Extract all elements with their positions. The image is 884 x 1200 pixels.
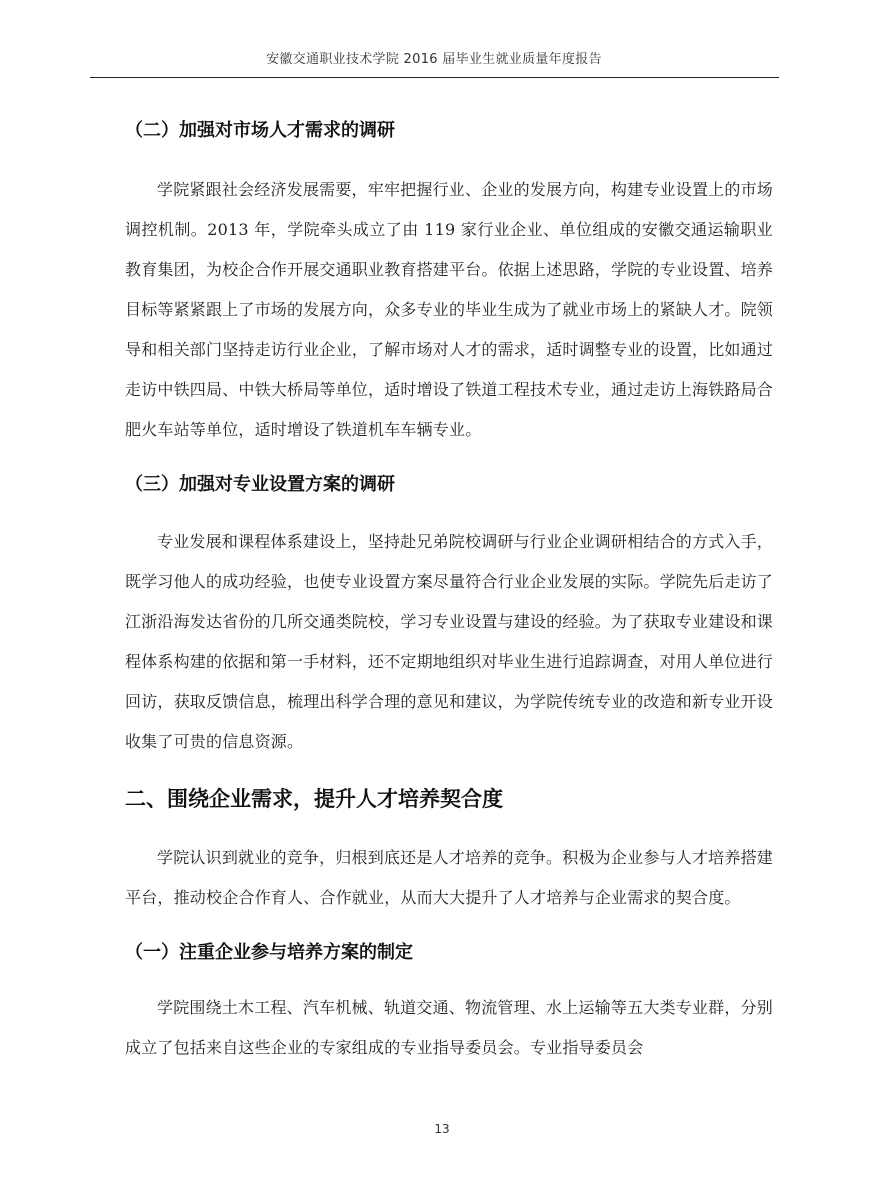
paragraph-program-research: 专业发展和课程体系建设上，坚持赴兄弟院校调研与行业企业调研相结合的方式入手，既学… [125,522,773,762]
page-body: （二）加强对市场人才需求的调研 学院紧跟社会经济发展需要，牢牢把握行业、企业的发… [125,112,773,1068]
subsection-heading-market-research: （二）加强对市场人才需求的调研 [125,118,773,144]
page-number: 13 [0,1122,884,1136]
running-header: 安徽交通职业技术学院 2016 届毕业生就业质量年度报告 [90,48,778,67]
subsection-heading-program-research: （三）加强对专业设置方案的调研 [125,472,773,498]
section-heading-enterprise-needs: 二、围绕企业需求，提升人才培养契合度 [125,784,773,814]
paragraph-enterprise-needs: 学院认识到就业的竞争，归根到底还是人才培养的竞争。积极为企业参与人才培养搭建平台… [125,838,773,918]
header-divider [90,77,779,78]
paragraph-market-research: 学院紧跟社会经济发展需要，牢牢把握行业、企业的发展方向，构建专业设置上的市场调控… [125,170,773,450]
paragraph-training-plan: 学院围绕土木工程、汽车机械、轨道交通、物流管理、水上运输等五大类专业群，分别成立… [125,988,773,1068]
subsection-heading-training-plan: （一）注重企业参与培养方案的制定 [125,940,773,966]
